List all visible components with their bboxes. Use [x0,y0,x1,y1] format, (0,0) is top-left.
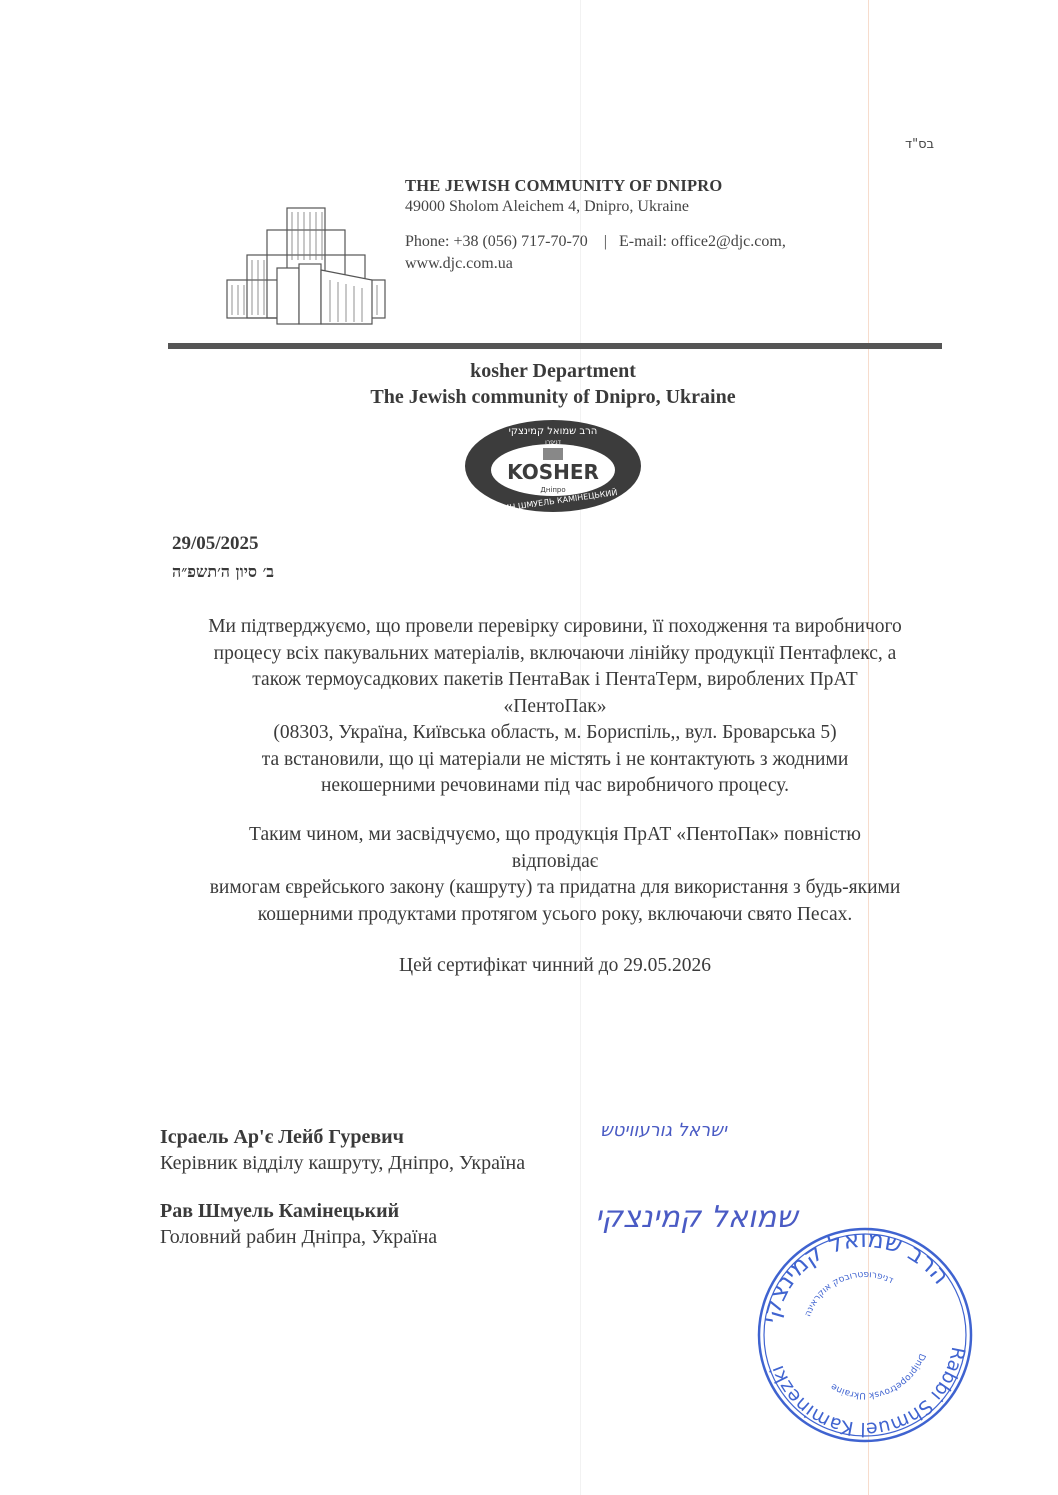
signatory-name: Рав Шмуель Камінецький [160,1198,437,1224]
signatory-1: Ісраель Ар'є Лейб Гуревич Керівник відді… [160,1124,525,1176]
org-email[interactable]: E-mail: office2@djc.com, [619,233,786,250]
validity-statement: Цей сертифікат чинний до 29.05.2026 [160,953,950,980]
seal-sub-text: דניפרו [545,439,562,446]
text-line: «ПентоПак» [160,694,950,721]
department-line2: The Jewish community of Dnipro, Ukraine [24,384,1058,410]
text-line: (08303, Україна, Київська область, м. Бо… [160,720,950,747]
text-line: кошерними продуктами протягом усього рок… [160,902,950,929]
signatory-title: Керівник відділу кашруту, Дніпро, Україн… [160,1150,525,1176]
seal-city: Дніпро [540,486,565,494]
seal-top-text: הרב שמואל קמינצקי [509,426,598,437]
stamp-inner-hebrew: דניפרופטרובסק אוקראינה [803,1270,895,1318]
seal-center-text: KOSHER [507,460,599,484]
text-line: вимогам єврейського закону (кашруту) та … [160,875,950,902]
department-line1: kosher Department [24,358,1058,384]
stamp-inner-latin: Dnipropetrovsk Ukraine [829,1352,927,1400]
org-address: 49000 Sholom Aleichem 4, Dnipro, Ukraine [405,196,786,218]
signatory-2: Рав Шмуель Камінецький Головний рабин Дн… [160,1198,437,1250]
org-phone: Phone: +38 (056) 717-70-70 [405,233,588,250]
rabbi-stamp-icon: הרב שמואל קמינצקי Rabbi Shmuel Kaminezki… [755,1225,975,1445]
signatory-name: Ісраель Ар'є Лейб Гуревич [160,1124,525,1150]
gregorian-date: 29/05/2025 [172,533,259,555]
bsd-mark: בס"ד [905,137,934,152]
hebrew-date: ב׳ סיון ה׳תשפ״ה [172,562,274,582]
text-line: некошерними речовинами під час виробничо… [160,773,950,800]
department-heading: kosher Department The Jewish community o… [0,358,1058,410]
header-divider [168,343,942,349]
text-line: та встановили, що ці матеріали не містят… [160,747,950,774]
text-line: процесу всіх пакувальних матеріалів, вкл… [160,641,950,668]
building-skyline-icon [222,200,392,330]
text-line: Таким чином, ми засвідчуємо, що продукці… [160,822,950,849]
certification-paragraph: Ми підтверджуємо, що провели перевірку с… [160,614,950,800]
org-website[interactable]: www.djc.com.ua [405,253,786,275]
kosher-seal-icon: הרב שמואל קמינצקי דניפרו KOSHER Дніпро Р… [463,418,643,514]
compliance-paragraph: Таким чином, ми засвідчуємо, що продукці… [160,822,950,928]
signatory-title: Головний рабин Дніпра, Україна [160,1224,437,1250]
org-contacts: Phone: +38 (056) 717-70-70 | E-mail: off… [405,231,786,253]
org-name: THE JEWISH COMMUNITY OF DNIPRO [405,176,786,196]
separator: | [604,233,607,250]
text-line: Ми підтверджуємо, що провели перевірку с… [160,614,950,641]
svg-text:Dnipropetrovsk Ukraine: Dnipropetrovsk Ukraine [829,1352,927,1400]
handwritten-signature-1: ישראל גורעוויטש [600,1120,727,1141]
text-line: також термоусадкових пакетів ПентаВак і … [160,667,950,694]
svg-text:דניפרופטרובסק אוקראינה: דניפרופטרובסק אוקראינה [803,1270,895,1318]
text-line: відповідає [160,849,950,876]
letterhead: THE JEWISH COMMUNITY OF DNIPRO 49000 Sho… [405,176,786,275]
